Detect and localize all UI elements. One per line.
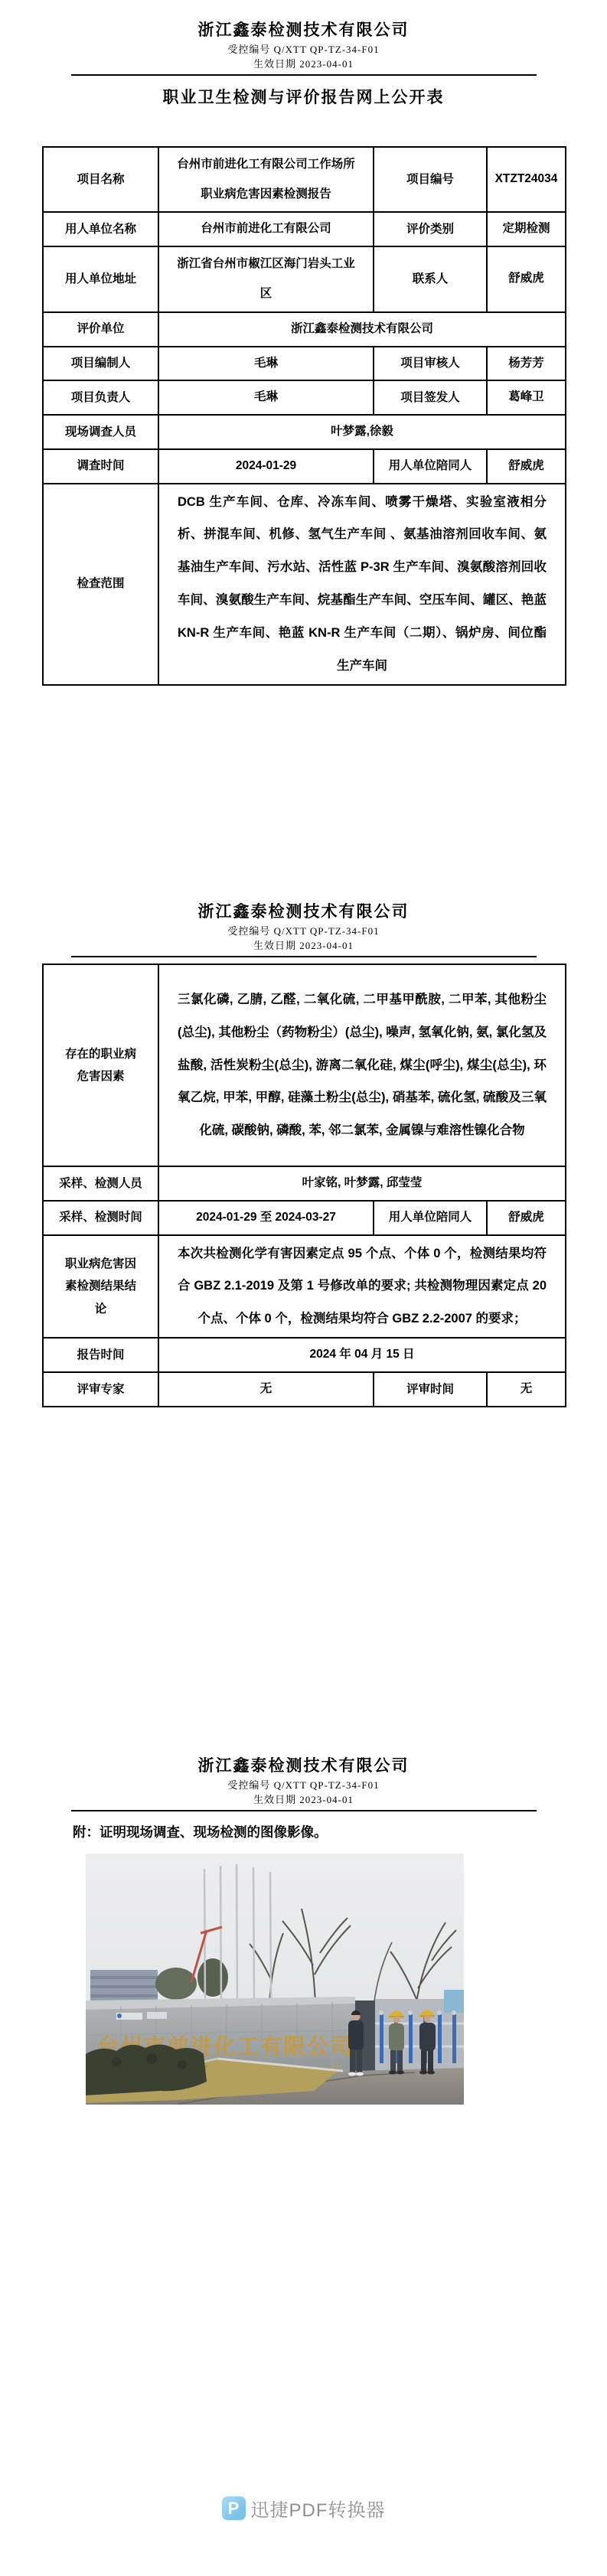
field-value: 2024 年 04 月 15 日 [158,1338,566,1372]
photo-hedge [86,2044,207,2095]
field-value: 三氯化磷, 乙腈, 乙醛, 二氧化硫, 二甲基甲酰胺, 二甲苯, 其他粉尘(总尘… [158,964,566,1166]
field-label: 职业病危害因 素检测结果结 论 [43,1235,158,1339]
table-row: 项目负责人 毛琳 项目签发人 葛峰卫 [43,380,566,415]
site-photo: 台州市前进化工有限公司 TD. [86,1854,464,2105]
field-label: 采样、检测人员 [43,1166,158,1201]
field-value: 舒威虎 [487,1201,566,1235]
letterhead: 浙江鑫泰检测技术有限公司 受控编号 Q/XTT QP-TZ-34-F01 生效日… [0,1756,607,1811]
company-name: 浙江鑫泰检测技术有限公司 [0,20,607,41]
field-label: 项目名称 [43,147,158,212]
effective-date: 生效日期 2023-04-01 [0,57,607,70]
field-value: 无 [158,1372,374,1407]
field-label: 评审专家 [43,1372,158,1407]
field-value: 无 [487,1372,566,1407]
control-number: 受控编号 Q/XTT QP-TZ-34-F01 [0,924,607,937]
header-divider [71,1810,537,1811]
field-value: 台州市前进化工有限公司 [158,212,374,246]
table-row: 职业病危害因 素检测结果结 论 本次共检测化学有害因素定点 95 个点、个体 0… [43,1235,566,1339]
page-title: 职业卫生检测与评价报告网上公开表 [0,85,607,108]
table-row: 存在的职业病 危害因素 三氯化磷, 乙腈, 乙醛, 二氧化硫, 二甲基甲酰胺, … [43,964,566,1166]
effective-date: 生效日期 2023-04-01 [0,1793,607,1806]
field-label: 项目编制人 [43,347,158,381]
field-value: 毛琳 [158,347,374,381]
field-value: 定期检测 [487,212,566,246]
field-value: 2024-01-29 [158,449,374,484]
field-value: 浙江鑫泰检测技术有限公司 [158,312,566,347]
table-row: 评审专家 无 评审时间 无 [43,1372,566,1407]
table-row: 现场调查人员 叶梦露,徐毅 [43,415,566,449]
pdf-converter-logo-icon: P [222,2496,246,2520]
field-label: 用人单位地址 [43,246,158,312]
control-number: 受控编号 Q/XTT QP-TZ-34-F01 [0,43,607,56]
table-row: 项目编制人 毛琳 项目审核人 杨芳芳 [43,347,566,381]
table-row: 评价单位 浙江鑫泰检测技术有限公司 [43,312,566,347]
document-page: 浙江鑫泰检测技术有限公司 受控编号 Q/XTT QP-TZ-34-F01 生效日… [0,0,607,2576]
field-label: 用人单位名称 [43,212,158,246]
field-label: 检查范围 [43,484,158,685]
detection-results-table: 存在的职业病 危害因素 三氯化磷, 乙腈, 乙醛, 二氧化硫, 二甲基甲酰胺, … [42,964,566,1407]
field-label: 评价类别 [374,212,487,246]
letterhead: 浙江鑫泰检测技术有限公司 受控编号 Q/XTT QP-TZ-34-F01 生效日… [0,20,607,76]
project-info-table: 项目名称 台州市前进化工有限公司工作场所职业病危害因素检测报告 项目编号 XTZ… [42,146,566,686]
table-row: 报告时间 2024 年 04 月 15 日 [43,1338,566,1372]
field-value: 葛峰卫 [487,380,566,415]
table-row: 采样、检测时间 2024-01-29 至 2024-03-27 用人单位陪同人 … [43,1201,566,1235]
field-label: 项目编号 [374,147,487,212]
field-label: 存在的职业病 危害因素 [43,964,158,1166]
table-row: 采样、检测人员 叶家铭, 叶梦露, 邱莹莹 [43,1166,566,1201]
header-divider [71,74,537,76]
field-value: DCB 生产车间、仓库、冷冻车间、喷雾干燥塔、实验室液相分析、拼混车间、机修、氢… [158,484,566,685]
table-row: 用人单位地址 浙江省台州市椒江区海门岩头工业区 联系人 舒威虎 [43,246,566,312]
field-value: 舒威虎 [487,449,566,484]
table-row: 调查时间 2024-01-29 用人单位陪同人 舒威虎 [43,449,566,484]
field-value: XTZT24034 [487,147,566,212]
table-row: 用人单位名称 台州市前进化工有限公司 评价类别 定期检测 [43,212,566,246]
field-value: 毛琳 [158,380,374,415]
field-value: 台州市前进化工有限公司工作场所职业病危害因素检测报告 [158,147,374,212]
field-label: 用人单位陪同人 [374,1201,487,1235]
field-label: 项目负责人 [43,380,158,415]
field-value: 浙江省台州市椒江区海门岩头工业区 [158,246,374,312]
table-row: 项目名称 台州市前进化工有限公司工作场所职业病危害因素检测报告 项目编号 XTZ… [43,147,566,212]
field-value: 杨芳芳 [487,347,566,381]
section-project-info: 浙江鑫泰检测技术有限公司 受控编号 Q/XTT QP-TZ-34-F01 生效日… [0,20,607,686]
field-label: 评价单位 [43,312,158,347]
attachment-note: 附：证明现场调查、现场检测的图像影像。 [73,1822,607,1841]
field-label: 用人单位陪同人 [374,449,487,484]
control-number: 受控编号 Q/XTT QP-TZ-34-F01 [0,1779,607,1792]
field-label: 报告时间 [43,1338,158,1372]
section-detection-results: 浙江鑫泰检测技术有限公司 受控编号 Q/XTT QP-TZ-34-F01 生效日… [0,902,607,1407]
field-label: 调查时间 [43,449,158,484]
field-value: 舒威虎 [487,246,566,312]
field-label: 项目审核人 [374,347,487,381]
field-value: 本次共检测化学有害因素定点 95 个点、个体 0 个，检测结果均符合 GBZ 2… [158,1235,566,1339]
letterhead: 浙江鑫泰检测技术有限公司 受控编号 Q/XTT QP-TZ-34-F01 生效日… [0,902,607,957]
table-row: 检查范围 DCB 生产车间、仓库、冷冻车间、喷雾干燥塔、实验室液相分析、拼混车间… [43,484,566,685]
field-label: 现场调查人员 [43,415,158,449]
field-label: 项目签发人 [374,380,487,415]
field-label: 评审时间 [374,1372,487,1407]
field-value: 叶梦露,徐毅 [158,415,566,449]
header-divider [71,956,537,957]
field-value: 2024-01-29 至 2024-03-27 [158,1201,374,1235]
field-label: 采样、检测时间 [43,1201,158,1235]
section-attachment: 浙江鑫泰检测技术有限公司 受控编号 Q/XTT QP-TZ-34-F01 生效日… [0,1756,607,2105]
field-value: 叶家铭, 叶梦露, 邱莹莹 [158,1166,566,1201]
logo-letter: P [228,2499,240,2518]
field-label: 联系人 [374,246,487,312]
company-name: 浙江鑫泰检测技术有限公司 [0,902,607,923]
effective-date: 生效日期 2023-04-01 [0,939,607,952]
pdf-converter-watermark: P 迅捷PDF转换器 [0,2495,607,2522]
pdf-converter-label: 迅捷PDF转换器 [251,2495,386,2522]
company-name: 浙江鑫泰检测技术有限公司 [0,1756,607,1777]
